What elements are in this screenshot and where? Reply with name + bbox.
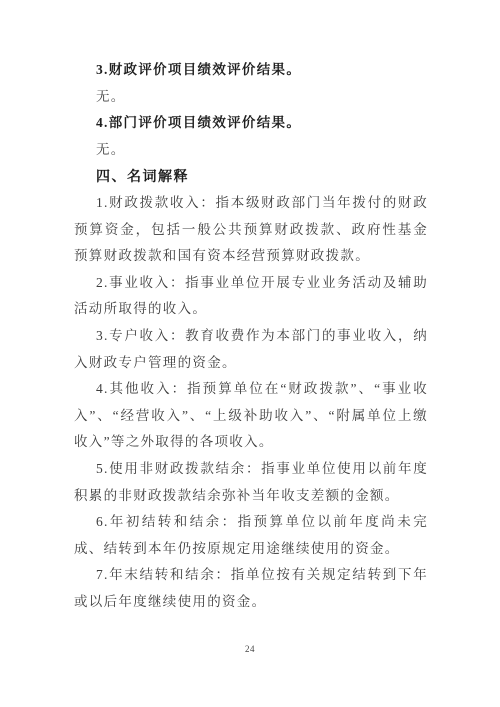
glossary-term-3-special-account-income: 3.专户收入：教育收费作为本部门的事业收入，纳入财政专户管理的资金。 bbox=[74, 323, 428, 376]
glossary-term-7-year-end-carryover: 7.年末结转和结余：指单位按有关规定结转到下年或以后年度继续使用的资金。 bbox=[74, 562, 428, 615]
item-3-answer-none: 无。 bbox=[74, 84, 428, 111]
item-4-department-evaluation-heading: 4.部门评价项目绩效评价结果。 bbox=[74, 110, 428, 137]
glossary-term-1-fiscal-appropriation-income: 1.财政拨款收入：指本级财政部门当年拨付的财政预算资金，包括一般公共预算财政拨款… bbox=[74, 190, 428, 270]
glossary-term-4-other-income: 4.其他收入：指预算单位在“财政拨款”、“事业收入”、“经营收入”、“上级补助收… bbox=[74, 376, 428, 456]
glossary-term-5-non-fiscal-balance-use: 5.使用非财政拨款结余：指事业单位使用以前年度积累的非财政拨款结余弥补当年收支差… bbox=[74, 456, 428, 509]
document-body: 3.财政评价项目绩效评价结果。 无。 4.部门评价项目绩效评价结果。 无。 四、… bbox=[74, 57, 428, 615]
item-3-financial-evaluation-heading: 3.财政评价项目绩效评价结果。 bbox=[74, 57, 428, 84]
glossary-term-6-beginning-year-carryover: 6.年初结转和结余：指预算单位以前年度尚未完成、结转到本年仍按原规定用途继续使用… bbox=[74, 509, 428, 562]
page-number: 24 bbox=[0, 644, 500, 654]
item-4-answer-none: 无。 bbox=[74, 137, 428, 164]
section-4-glossary-heading: 四、名词解释 bbox=[74, 163, 428, 190]
document-page: 3.财政评价项目绩效评价结果。 无。 4.部门评价项目绩效评价结果。 无。 四、… bbox=[0, 0, 500, 707]
glossary-term-2-operational-income: 2.事业收入：指事业单位开展专业业务活动及辅助活动所取得的收入。 bbox=[74, 270, 428, 323]
